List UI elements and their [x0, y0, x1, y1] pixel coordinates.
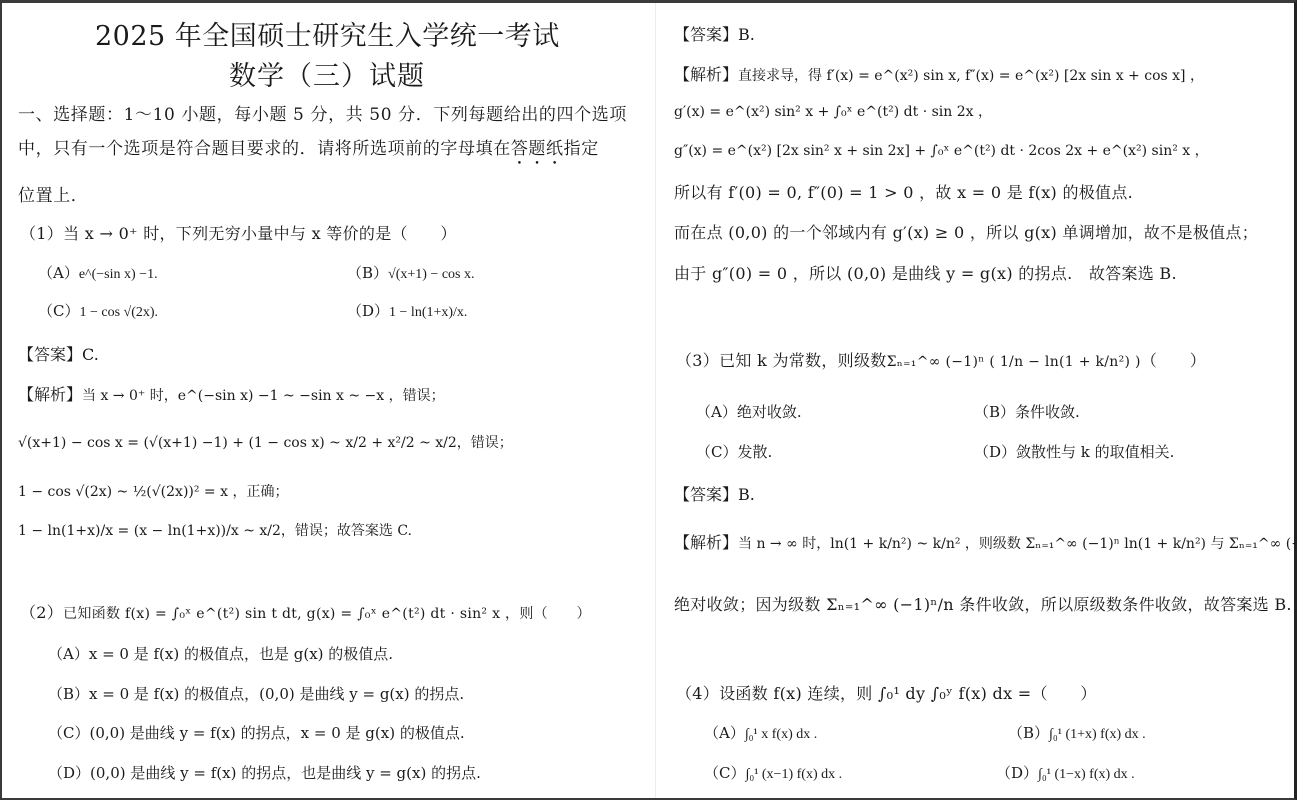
question-1-answer: 【答案】C. [18, 342, 99, 365]
question-2-option-c: （C）(0,0) 是曲线 y = f(x) 的拐点，x = 0 是 g(x) 的… [48, 722, 465, 743]
analysis-tag: 【解析】 [674, 533, 738, 552]
section-intro-line1: 一、选择题：1～10 小题，每小题 5 分，共 50 分．下列每题给出的四个选项 [18, 100, 627, 125]
question-3-answer: 【答案】B. [674, 482, 755, 505]
question-4-option-c: （C）∫₀¹ (x−1) f(x) dx . [704, 762, 842, 783]
question-2-analysis-line3: g″(x) = e^(x²) [2x sin² x + sin 2x] + ∫₀… [674, 140, 1209, 160]
question-formula: Σₙ₌₁^∞ (−1)ⁿ ( 1/n − ln(1 + k/n²) ) [887, 354, 1141, 370]
option-text: ∫₀¹ (x−1) f(x) dx . [745, 767, 842, 782]
option-label: （D） [347, 302, 389, 320]
answer-value: B. [738, 25, 755, 44]
question-4-stem: （4）设函数 f(x) 连续，则 ∫₀¹ dy ∫₀ʸ f(x) dx =（ ） [676, 681, 1097, 704]
section-intro-line2: 中，只有一个选项是符合题目要求的．请将所选项前的字母填在答题纸指定 [18, 134, 599, 169]
option-text: 绝对收敛. [737, 403, 802, 421]
option-text: (0,0) 是曲线 y = f(x) 的拐点，x = 0 是 g(x) 的极值点… [89, 724, 464, 742]
option-text: ∫₀¹ (1+x) f(x) dx . [1049, 727, 1146, 742]
analysis-text: 直接求导，得 f′(x) = e^(x²) sin x, f″(x) = e^(… [738, 68, 1204, 84]
question-3-option-a: （A）绝对收敛. [696, 401, 802, 422]
option-text: 1 − ln(1+x)/x. [389, 305, 467, 320]
analysis-text: 当 n → ∞ 时，ln(1 + k/n²) ~ k/n² ，则级数 Σₙ₌₁^… [738, 536, 1297, 552]
question-3-analysis-line2: 绝对收敛；因为级数 Σₙ₌₁^∞ (−1)ⁿ/n 条件收敛，所以原级数条件收敛，… [674, 592, 1292, 615]
option-text: 敛散性与 k 的取值相关. [1016, 443, 1174, 461]
question-number: （1） [20, 224, 63, 243]
question-1-analysis-line2: √(x+1) − cos x = (√(x+1) −1) + (1 − cos … [18, 432, 513, 452]
option-label: （A） [38, 264, 79, 282]
question-3-option-c: （C）发散. [696, 441, 772, 462]
question-1-option-b: （B）√(x+1) − cos x. [347, 262, 475, 283]
question-2-analysis-line1: 【解析】直接求导，得 f′(x) = e^(x²) sin x, f″(x) =… [674, 62, 1204, 85]
question-4-option-b: （B）∫₀¹ (1+x) f(x) dx . [1008, 722, 1146, 743]
answer-tag: 【答案】 [18, 345, 82, 364]
question-2-answer: 【答案】B. [674, 22, 755, 45]
question-2-option-a: （A）x = 0 是 f(x) 的极值点，也是 g(x) 的极值点. [48, 643, 393, 664]
question-1-option-a: （A）e^(−sin x) −1. [38, 262, 158, 283]
intro-text: 指定 [564, 139, 599, 159]
option-text: x = 0 是 f(x) 的极值点，(0,0) 是曲线 y = g(x) 的拐点… [89, 685, 464, 703]
option-text: √(x+1) − cos x. [388, 267, 474, 282]
question-3-analysis-line1: 【解析】当 n → ∞ 时，ln(1 + k/n²) ~ k/n² ，则级数 Σ… [674, 530, 1297, 553]
question-2-stem: （2）已知函数 f(x) = ∫₀ˣ e^(t²) sin t dt, g(x)… [20, 600, 591, 623]
option-label: （A） [696, 403, 737, 421]
question-number: （4） [676, 684, 719, 703]
option-label: （D） [974, 443, 1016, 461]
option-label: （C） [48, 724, 89, 742]
question-2-analysis-line4: 所以有 f′(0) = 0, f″(0) = 1 > 0 ，故 x = 0 是 … [674, 180, 1133, 203]
option-text: 条件收敛. [1015, 403, 1080, 421]
option-label: （D） [996, 764, 1038, 782]
question-text: 已知 k 为常数，则级数 [719, 351, 886, 370]
option-text: (0,0) 是曲线 y = f(x) 的拐点，也是曲线 y = g(x) 的拐点… [90, 764, 481, 782]
question-text: 当 x → 0⁺ 时，下列无穷小量中与 x 等价的是（ ） [63, 224, 457, 243]
option-label: （B） [974, 403, 1015, 421]
option-text: ∫₀¹ (1−x) f(x) dx . [1038, 767, 1135, 782]
option-text: 发散. [737, 443, 772, 461]
intro-text: 中，只有一个选项是符合题目要求的．请将所选项前的字母填在 [18, 139, 511, 159]
option-label: （C） [704, 764, 745, 782]
question-2-option-b: （B）x = 0 是 f(x) 的极值点，(0,0) 是曲线 y = g(x) … [48, 683, 464, 704]
answer-value: C. [82, 345, 99, 364]
answer-tag: 【答案】 [674, 25, 738, 44]
option-label: （B） [347, 264, 388, 282]
question-1-stem: （1）当 x → 0⁺ 时，下列无穷小量中与 x 等价的是（ ） [20, 221, 457, 244]
option-label: （B） [1008, 724, 1049, 742]
question-text: （ ） [1141, 351, 1206, 370]
exam-title: 2025 年全国硕士研究生入学统一考试 [95, 14, 560, 53]
question-number: （2） [20, 603, 63, 622]
option-text: 1 − cos √(2x). [79, 305, 158, 320]
section-intro-line3: 位置上． [18, 181, 88, 206]
option-label: （A） [48, 645, 89, 663]
question-1-analysis-line3: 1 − cos √(2x) ~ ½(√(2x))² = x ，正确； [18, 481, 288, 501]
analysis-tag: 【解析】 [674, 65, 738, 84]
left-page: 2025 年全国硕士研究生入学统一考试 数学（三）试题 一、选择题：1～10 小… [0, 0, 652, 800]
question-2-analysis-line6: 由于 g″(0) = 0 ，所以 (0,0) 是曲线 y = g(x) 的拐点.… [674, 261, 1177, 284]
question-3-stem: （3）已知 k 为常数，则级数Σₙ₌₁^∞ (−1)ⁿ ( 1/n − ln(1… [676, 348, 1206, 371]
question-2-analysis-line5: 而在点 (0,0) 的一个邻域内有 g′(x) ≥ 0 ，所以 g(x) 单调增… [674, 220, 1258, 243]
option-text: e^(−sin x) −1. [79, 267, 158, 282]
question-text: 已知函数 f(x) = ∫₀ˣ e^(t²) sin t dt, g(x) = … [63, 606, 591, 622]
option-label: （A） [704, 724, 745, 742]
analysis-tag: 【解析】 [18, 385, 82, 404]
question-1-analysis-line1: 【解析】当 x → 0⁺ 时，e^(−sin x) −1 ~ −sin x ~ … [18, 382, 445, 405]
question-2-option-d: （D）(0,0) 是曲线 y = f(x) 的拐点，也是曲线 y = g(x) … [48, 762, 481, 783]
right-page: 【答案】B. 【解析】直接求导，得 f′(x) = e^(x²) sin x, … [656, 0, 1294, 800]
question-1-option-c: （C）1 − cos √(2x). [38, 300, 158, 321]
intro-emphasis: 答题纸 [511, 139, 564, 159]
option-label: （B） [48, 685, 89, 703]
option-label: （C） [38, 302, 79, 320]
option-label: （D） [48, 764, 90, 782]
question-1-analysis-line4: 1 − ln(1+x)/x = (x − ln(1+x))/x ~ x/2，错误… [18, 520, 412, 540]
question-1-option-d: （D）1 − ln(1+x)/x. [347, 300, 467, 321]
question-2-analysis-line2: g′(x) = e^(x²) sin² x + ∫₀ˣ e^(t²) dt · … [674, 101, 992, 121]
option-text: x = 0 是 f(x) 的极值点，也是 g(x) 的极值点. [89, 645, 393, 663]
question-text: 设函数 f(x) 连续，则 ∫₀¹ dy ∫₀ʸ f(x) dx =（ ） [719, 684, 1097, 703]
analysis-text: 当 x → 0⁺ 时，e^(−sin x) −1 ~ −sin x ~ −x ，… [82, 388, 445, 404]
option-text: ∫₀¹ x f(x) dx . [745, 727, 817, 742]
answer-tag: 【答案】 [674, 485, 738, 504]
option-label: （C） [696, 443, 737, 461]
answer-value: B. [738, 485, 755, 504]
question-4-option-d: （D）∫₀¹ (1−x) f(x) dx . [996, 762, 1135, 783]
question-3-option-d: （D）敛散性与 k 的取值相关. [974, 441, 1174, 462]
exam-subtitle: 数学（三）试题 [229, 54, 425, 93]
question-4-option-a: （A）∫₀¹ x f(x) dx . [704, 722, 817, 743]
question-3-option-b: （B）条件收敛. [974, 401, 1080, 422]
question-number: （3） [676, 351, 719, 370]
